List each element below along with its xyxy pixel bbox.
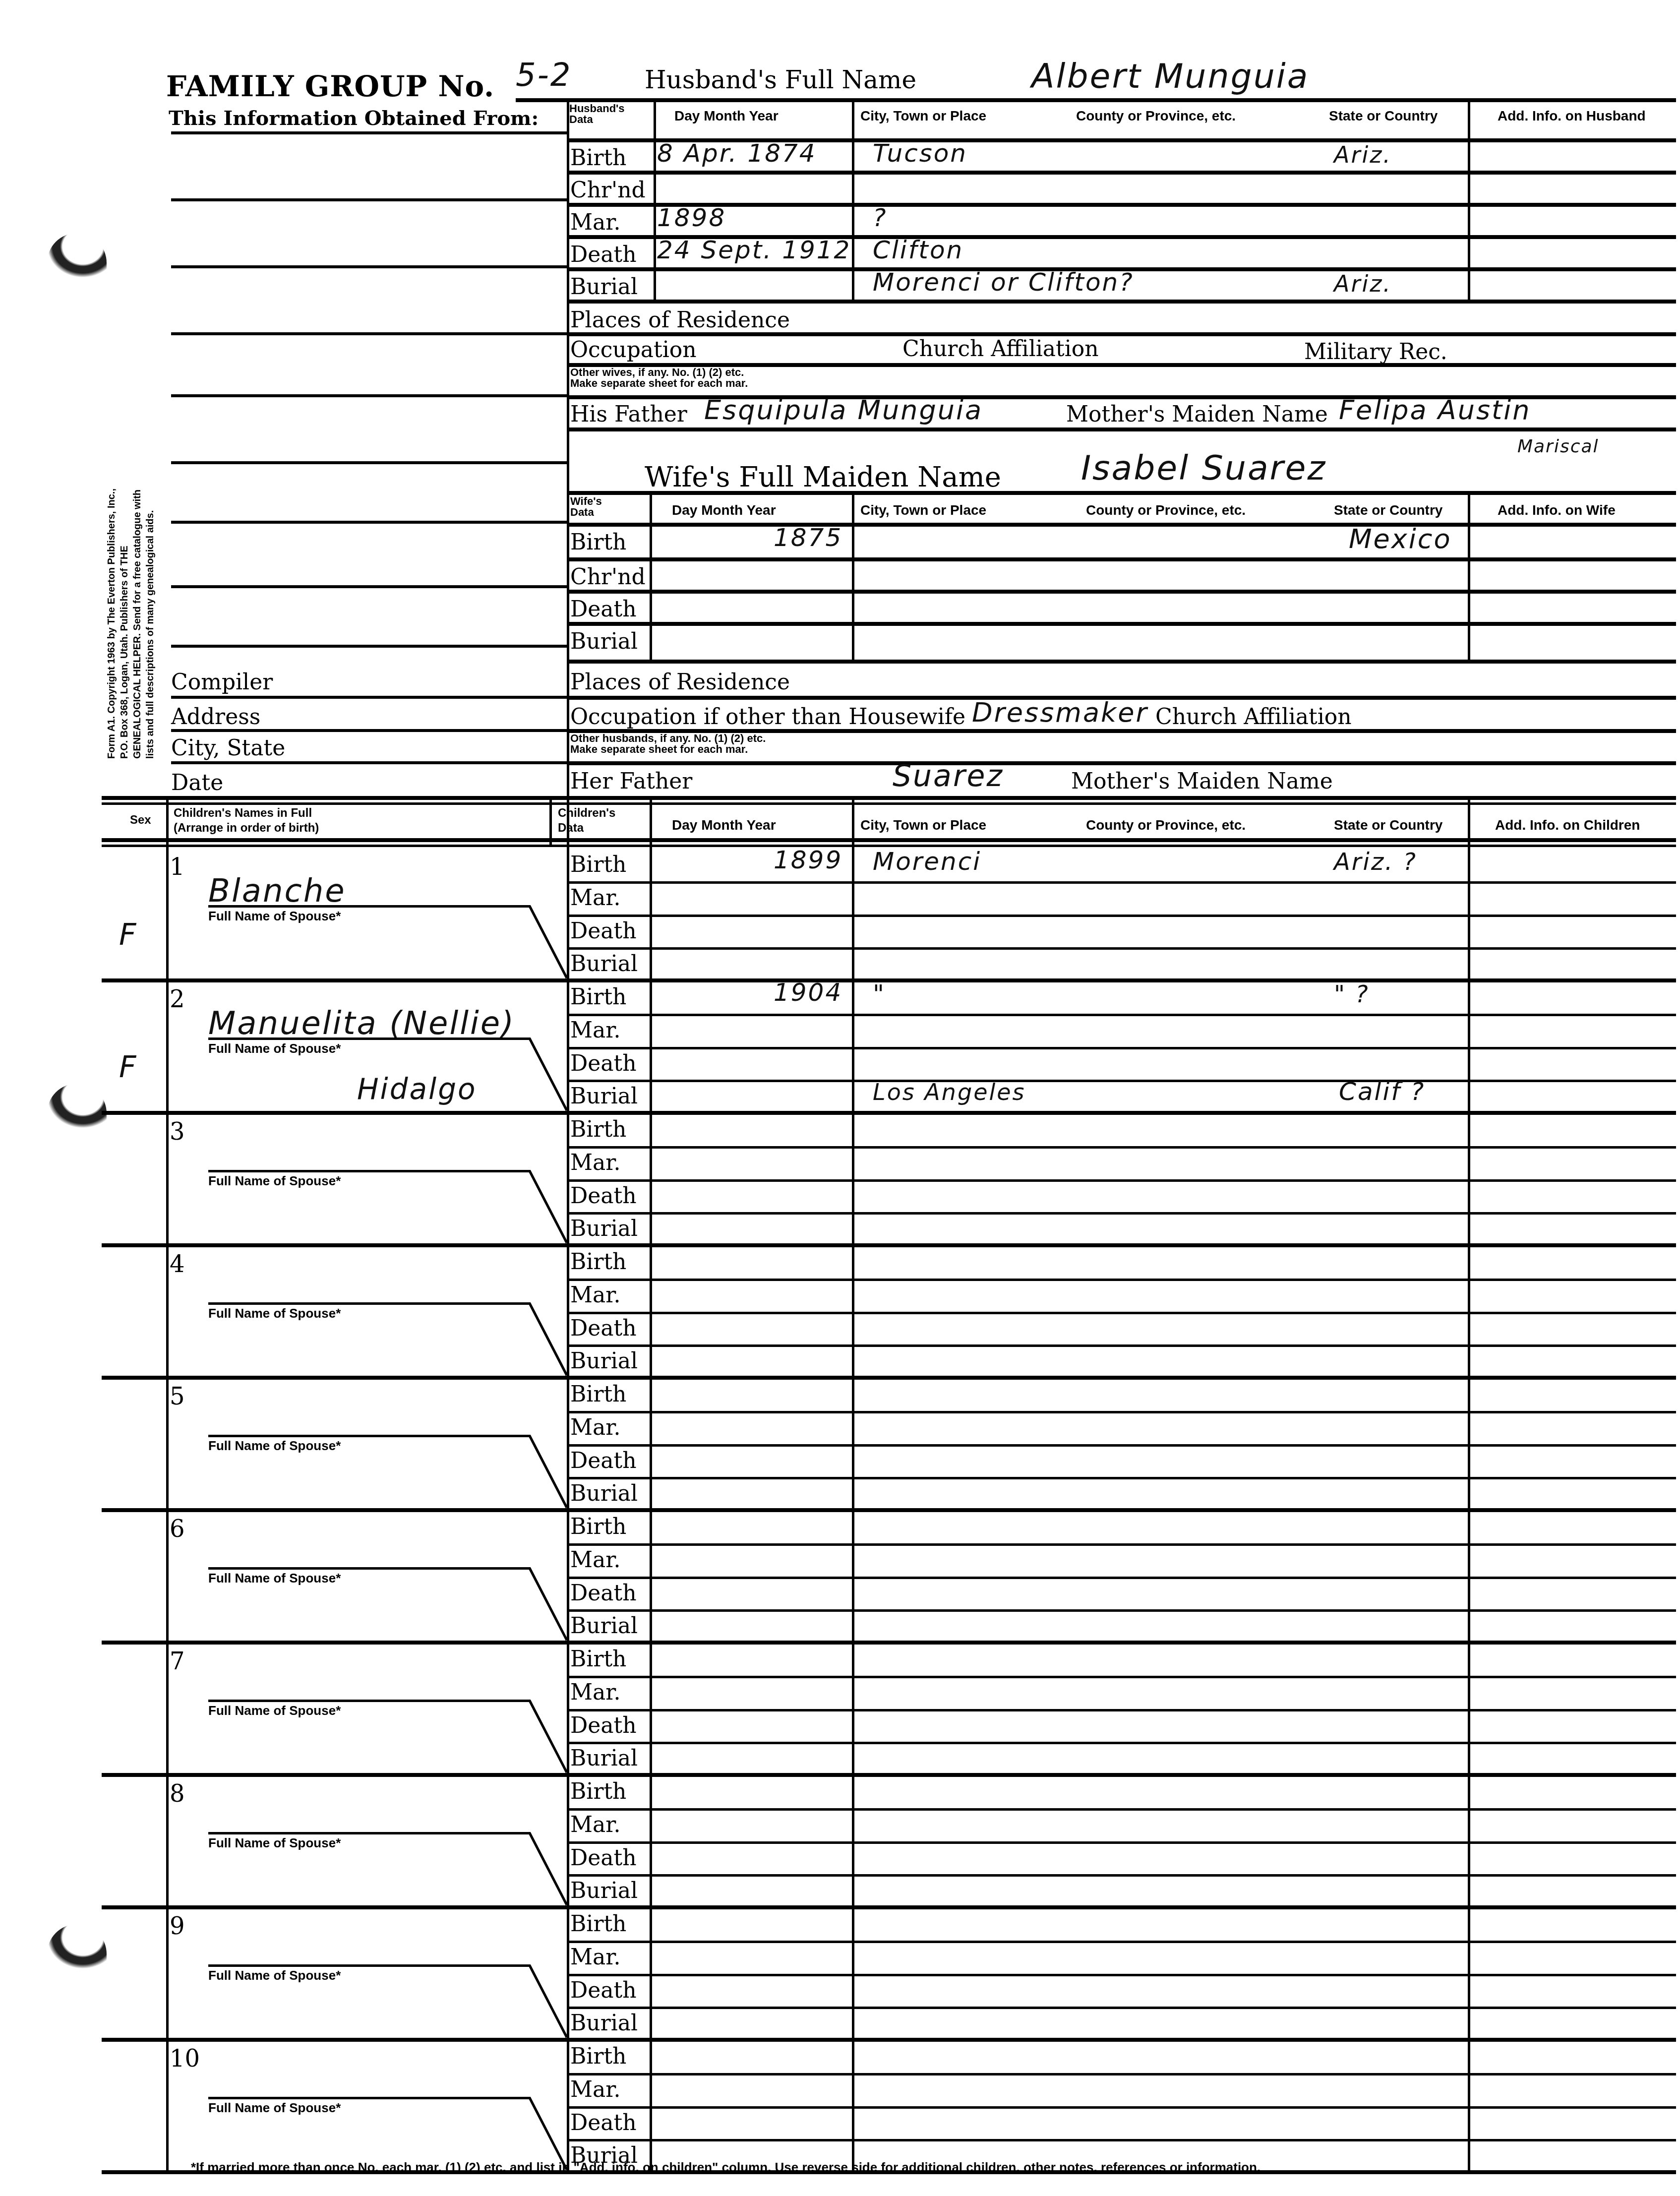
child-event-label: Mar. [570,885,620,911]
punch-hole [47,1084,107,1128]
his-father-label: His Father [570,402,687,427]
child-event-label: Mar. [570,2077,620,2102]
child-event-label: Birth [570,852,626,877]
wife-col-date-header: Day Month Year [672,502,776,518]
his-father-field[interactable]: Esquipula Munguia [704,394,983,426]
child-event-label: Death [570,1183,637,1209]
other-husbands-line2: Make separate sheet for each mar. [570,744,766,755]
wife-church-label: Church Affiliation [1155,704,1352,730]
punch-hole [47,233,107,278]
child-event-label: Burial [570,1613,638,1639]
col-city-header: City, Town or Place [860,108,986,124]
wife-event-label: Birth [570,530,626,555]
child-birth-city[interactable]: Morenci [873,847,981,876]
child-event-label: Burial [570,1348,638,1374]
husband-event-city[interactable]: Tucson [873,139,967,168]
husband-event-city[interactable]: Morenci or Clifton? [873,268,1134,297]
child-sex[interactable]: F [119,1050,138,1085]
her-father-field[interactable]: Suarez [893,759,1004,793]
child-event-label: Mar. [570,1150,620,1175]
child-event-label: Burial [570,1481,638,1506]
child-event-label: Death [570,1978,637,2003]
other-husbands-note: Other husbands, if any. No. (1) (2) etc.… [570,733,766,755]
wife-data-header: Wife's Data [570,496,620,518]
child-burial-city[interactable]: Los Angeles [873,1079,1026,1105]
child-event-label: Death [570,1316,637,1341]
child-number: 7 [170,1647,185,1675]
child-event-label: Burial [570,1216,638,1241]
child-event-label: Mar. [570,1415,620,1440]
child-event-label: Death [570,1845,637,1871]
wife-name-label: Wife's Full Maiden Name [645,461,1001,493]
husband-residence-label: Places of Residence [570,307,790,333]
wife-occupation-label: Occupation if other than Housewife [570,704,965,730]
child-event-label: Mar. [570,1018,620,1043]
child-name[interactable]: Manuelita (Nellie) [208,1005,515,1042]
col-state-header: State or Country [1329,108,1438,124]
spouse-name-field[interactable]: Hidalgo [357,1072,477,1106]
children-names-line2: (Arrange in order of birth) [174,821,319,836]
wife-event-label: Burial [570,629,638,654]
child-col-date-header: Day Month Year [672,817,776,833]
child-event-label: Birth [570,1779,626,1804]
child-event-label: Birth [570,984,626,1010]
sex-header: Sex [130,813,151,827]
husband-event-date[interactable]: 1898 [657,203,726,232]
copyright-line: GENEALOGICAL HELPER. Send for a free cat… [131,488,144,759]
compiler-label: Compiler [171,670,273,695]
child-event-label: Death [570,2110,637,2135]
group-number[interactable]: 5-2 [516,57,572,94]
husband-church-label: Church Affiliation [902,336,1099,362]
col-date-header: Day Month Year [674,108,779,124]
husband-event-label: Chr'nd [570,178,646,203]
child-event-label: Death [570,1581,637,1606]
wife-col-county-header: County or Province, etc. [1086,502,1246,518]
spouse-label: Full Name of Spouse* [208,1173,341,1189]
child-birth-date[interactable]: 1899 [774,846,842,874]
copyright-line: Form A1. Copyright 1963 by The Everton P… [105,488,118,759]
wife-occupation-field[interactable]: Dressmaker [972,697,1148,728]
child-col-add-header: Add. Info. on Children [1495,817,1640,833]
child-event-label: Birth [570,1249,626,1275]
child-event-label: Mar. [570,1945,620,1970]
husband-name-field[interactable]: Albert Munguia [1031,57,1309,96]
husband-event-city[interactable]: Clifton [873,236,963,264]
child-number: 6 [170,1515,185,1543]
punch-hole [47,1924,107,1969]
child-number: 4 [170,1250,185,1278]
child-number: 2 [170,985,185,1013]
child-event-label: Birth [570,1514,626,1539]
child-birth-city[interactable]: " [873,979,886,1008]
wife-event-date[interactable]: 1875 [774,523,842,552]
spouse-label: Full Name of Spouse* [208,2100,341,2116]
child-event-label: Mar. [570,1282,620,1308]
child-burial-state[interactable]: Calif ? [1339,1077,1425,1106]
child-number: 9 [170,1912,185,1940]
child-number: 3 [170,1118,185,1146]
husband-event-label: Mar. [570,210,620,235]
col-add-husband-header: Add. Info. on Husband [1498,108,1646,124]
spouse-label: Full Name of Spouse* [208,1571,341,1586]
child-event-label: Death [570,1448,637,1473]
children-names-header: Children's Names in Full (Arrange in ord… [174,806,319,836]
child-event-label: Birth [570,1911,626,1937]
wife-name-field[interactable]: Isabel Suarez [1081,449,1326,488]
wife-col-city-header: City, Town or Place [860,502,986,518]
copyright-line: P.O. Box 368, Logan, Utah. Publishers of… [118,488,131,759]
child-col-city-header: City, Town or Place [860,817,986,833]
child-number: 8 [170,1780,185,1808]
city-state-label: City, State [171,735,285,761]
wife-event-label: Chr'nd [570,564,646,590]
other-wives-note: Other wives, if any. No. (1) (2) etc. Ma… [570,367,748,389]
child-name[interactable]: Blanche [208,873,346,910]
his-mother-field[interactable]: Felipa Austin [1339,394,1531,426]
wife-col-add-header: Add. Info. on Wife [1498,502,1616,518]
child-event-label: Burial [570,1878,638,1903]
copyright-notice: Form A1. Copyright 1963 by The Everton P… [105,488,157,759]
child-event-label: Death [570,918,637,944]
husband-event-state[interactable]: Ariz. [1334,270,1392,297]
child-number: 10 [170,2045,200,2073]
spouse-label: Full Name of Spouse* [208,1968,341,1983]
his-mother-alt-field[interactable]: Mariscal [1517,436,1599,457]
wife-event-state[interactable]: Mexico [1349,523,1452,554]
form-title: FAMILY GROUP No. [166,69,494,103]
husband-event-label: Birth [570,145,626,171]
child-birth-date[interactable]: 1904 [774,978,842,1007]
spouse-label: Full Name of Spouse* [208,1835,341,1851]
child-event-label: Burial [570,2011,638,2036]
her-father-label: Her Father [570,769,692,794]
wife-col-state-header: State or Country [1334,502,1442,518]
her-mother-label: Mother's Maiden Name [1071,769,1333,794]
wife-residence-label: Places of Residence [570,670,790,695]
address-label: Address [171,704,260,730]
husband-event-state[interactable]: Ariz. [1334,141,1392,168]
spouse-label: Full Name of Spouse* [208,1703,341,1718]
child-event-label: Birth [570,1647,626,1672]
his-mother-label: Mother's Maiden Name [1066,402,1328,427]
husband-event-date[interactable]: 8 Apr. 1874 [657,139,817,168]
col-county-header: County or Province, etc. [1076,108,1236,124]
other-wives-line1: Other wives, if any. No. (1) (2) etc. [570,367,748,378]
other-husbands-line1: Other husbands, if any. No. (1) (2) etc. [570,733,766,744]
husband-data-header: Husband's Data [569,103,649,125]
husband-occupation-label: Occupation [570,337,697,363]
children-data-header: Children's Data [558,806,607,836]
child-event-label: Burial [570,1084,638,1109]
child-event-label: Mar. [570,1680,620,1705]
spouse-label: Full Name of Spouse* [208,909,341,924]
copyright-line: lists and full descriptions of many gene… [144,488,157,759]
child-sex[interactable]: F [119,917,138,952]
child-event-label: Death [570,1051,637,1076]
spouse-label: Full Name of Spouse* [208,1041,341,1056]
child-event-label: Death [570,1713,637,1738]
date-label: Date [171,770,223,795]
wife-event-label: Death [570,597,637,622]
child-number: 5 [170,1383,185,1410]
child-event-label: Mar. [570,1547,620,1573]
other-wives-line2: Make separate sheet for each mar. [570,378,748,389]
child-birth-state[interactable]: Ariz. ? [1334,848,1417,876]
husband-event-label: Death [570,242,637,267]
child-event-label: Burial [570,951,638,976]
children-names-line1: Children's Names in Full [174,806,319,821]
spouse-label: Full Name of Spouse* [208,1306,341,1321]
child-event-label: Burial [570,2143,638,2168]
husband-event-city[interactable]: ? [873,203,888,232]
child-event-label: Birth [570,1117,626,1142]
spouse-label: Full Name of Spouse* [208,1438,341,1454]
child-event-label: Mar. [570,1812,620,1837]
child-event-label: Birth [570,1382,626,1407]
child-col-county-header: County or Province, etc. [1086,817,1246,833]
husband-name-label: Husband's Full Name [645,65,916,94]
child-number: 1 [170,853,185,881]
husband-military-label: Military Rec. [1304,339,1447,365]
obtained-from-label: This Information Obtained From: [169,107,539,130]
husband-event-label: Burial [570,274,638,300]
child-birth-state[interactable]: " ? [1334,980,1370,1008]
child-col-state-header: State or Country [1334,817,1442,833]
child-event-label: Burial [570,1746,638,1771]
husband-event-date[interactable]: 24 Sept. 1912 [657,236,851,264]
child-event-label: Birth [570,2044,626,2069]
